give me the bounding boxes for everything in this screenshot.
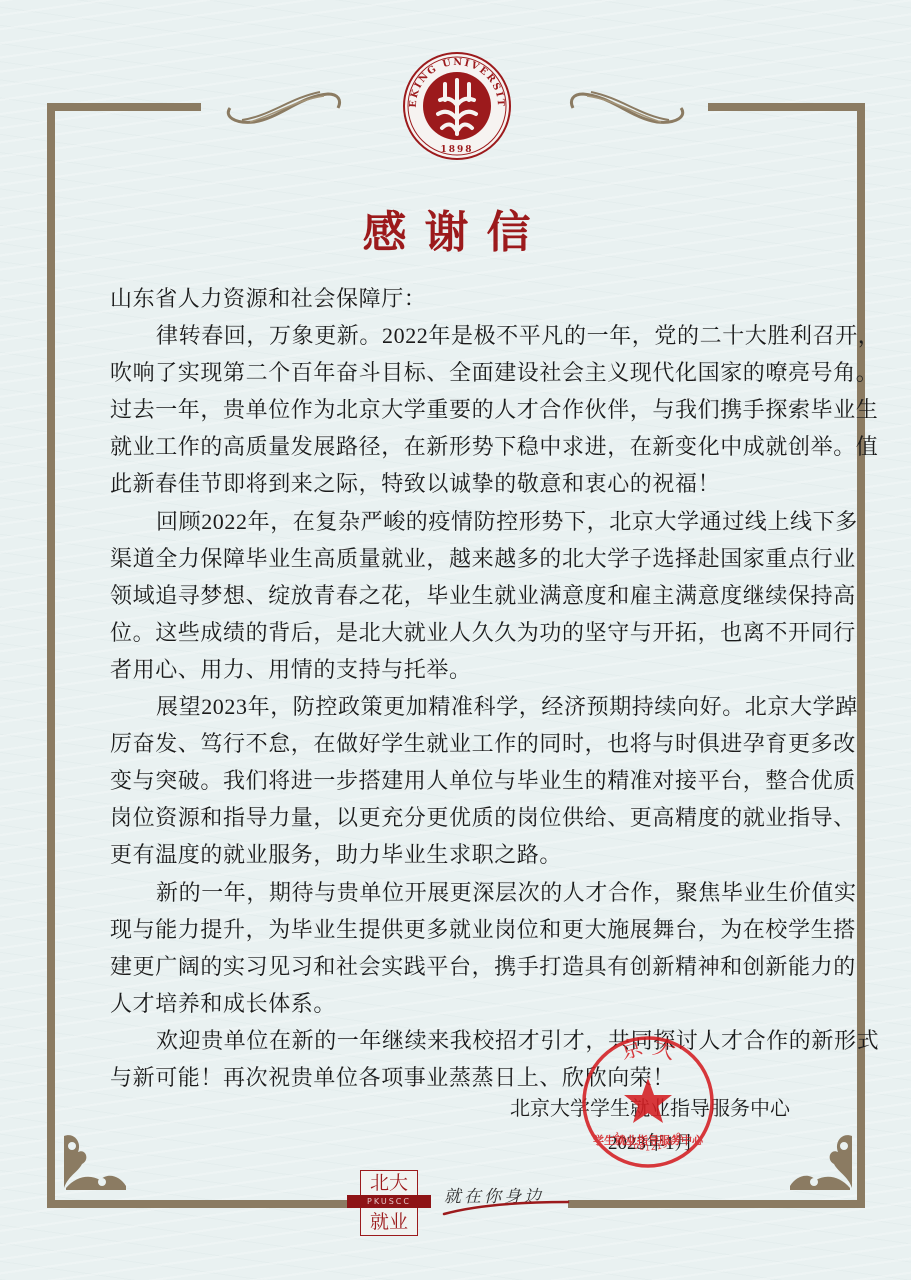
frame-top-left	[47, 103, 201, 111]
paragraph-line: 领域追寻梦想、绽放青春之花，毕业生就业满意度和雇主满意度继续保持高	[110, 577, 810, 614]
paragraph-line: 过去一年，贵单位作为北京大学重要的人才合作伙伴，与我们携手探索毕业生	[110, 391, 810, 428]
paragraph-line: 就业工作的高质量发展路径，在新形势下稳中求进，在新变化中成就创举。值	[110, 428, 810, 465]
frame-bottom-right	[568, 1200, 865, 1208]
paragraph-line: 变与突破。我们将进一步搭建用人单位与毕业生的精准对接平台，整合优质	[110, 762, 810, 799]
frame-top-right	[708, 103, 865, 111]
official-stamp-icon: 京 大 学生就业指导服务中心 1101081213438	[578, 1032, 718, 1172]
paragraph-line: 厉奋发、笃行不怠，在做好学生就业工作的同时，也将与时俱进孕育更多改	[110, 725, 810, 762]
paragraph-line: 更有温度的就业服务，助力毕业生求职之路。	[110, 836, 810, 873]
letter-body: 山东省人力资源和社会保障厅： 律转春回，万象更新。2022年是极不平凡的一年，党…	[110, 280, 810, 1096]
logo-band-text: PKUSCC	[347, 1195, 431, 1208]
paragraph-line: 岗位资源和指导力量，以更充分更优质的岗位供给、更高精度的就业指导、	[110, 799, 810, 836]
svg-text:1898: 1898	[440, 145, 473, 155]
letter-title: 感谢信	[0, 196, 911, 260]
frame-bottom-left	[47, 1200, 347, 1208]
swoosh-icon	[440, 1198, 570, 1218]
pkuscc-logo: 北大 PKUSCC 就业	[360, 1170, 418, 1236]
paragraph-line: 建更广阔的实习见习和社会实践平台，携手打造具有创新精神和创新能力的	[110, 948, 810, 985]
flourish-left-icon	[220, 82, 345, 132]
paragraph-line: 新的一年，期待与贵单位开展更深层次的人才合作，聚焦毕业生价值实	[110, 874, 810, 911]
paragraph-line: 回顾2022年，在复杂严峻的疫情防控形势下，北京大学通过线上线下多	[110, 503, 810, 540]
paragraph-line: 者用心、用力、用情的支持与托举。	[110, 651, 810, 688]
corner-ornament-right-icon	[786, 1132, 856, 1194]
paragraph-line: 展望2023年，防控政策更加精准科学，经济预期持续向好。北京大学踔	[110, 688, 810, 725]
paragraph-line: 人才培养和成长体系。	[110, 985, 810, 1022]
frame-left	[47, 103, 55, 1208]
salutation: 山东省人力资源和社会保障厅：	[110, 280, 810, 317]
paragraph-line: 渠道全力保障毕业生高质量就业，越来越多的北大学子选择赴国家重点行业	[110, 540, 810, 577]
paragraph-line: 现与能力提升，为毕业生提供更多就业岗位和更大施展舞台，为在校学生搭	[110, 911, 810, 948]
flourish-right-icon	[566, 82, 691, 132]
logo-bottom-text: 就业	[361, 1211, 417, 1233]
svg-text:京 大: 京 大	[618, 1035, 679, 1065]
paragraph-line: 此新春佳节即将到来之际，特致以诚挚的敬意和衷心的祝福！	[110, 465, 810, 502]
peking-university-logo: PEKING UNIVERSITY 1898	[402, 48, 512, 164]
corner-ornament-left-icon	[60, 1132, 130, 1194]
logo-top-text: 北大	[361, 1172, 417, 1194]
paragraph-line: 位。这些成绩的背后，是北大就业人久久为功的坚守与开拓，也离不开同行	[110, 614, 810, 651]
paragraph-line: 律转春回，万象更新。2022年是极不平凡的一年，党的二十大胜利召开，	[110, 317, 810, 354]
paragraph-line: 吹响了实现第二个百年奋斗目标、全面建设社会主义现代化国家的嘹亮号角。	[110, 354, 810, 391]
